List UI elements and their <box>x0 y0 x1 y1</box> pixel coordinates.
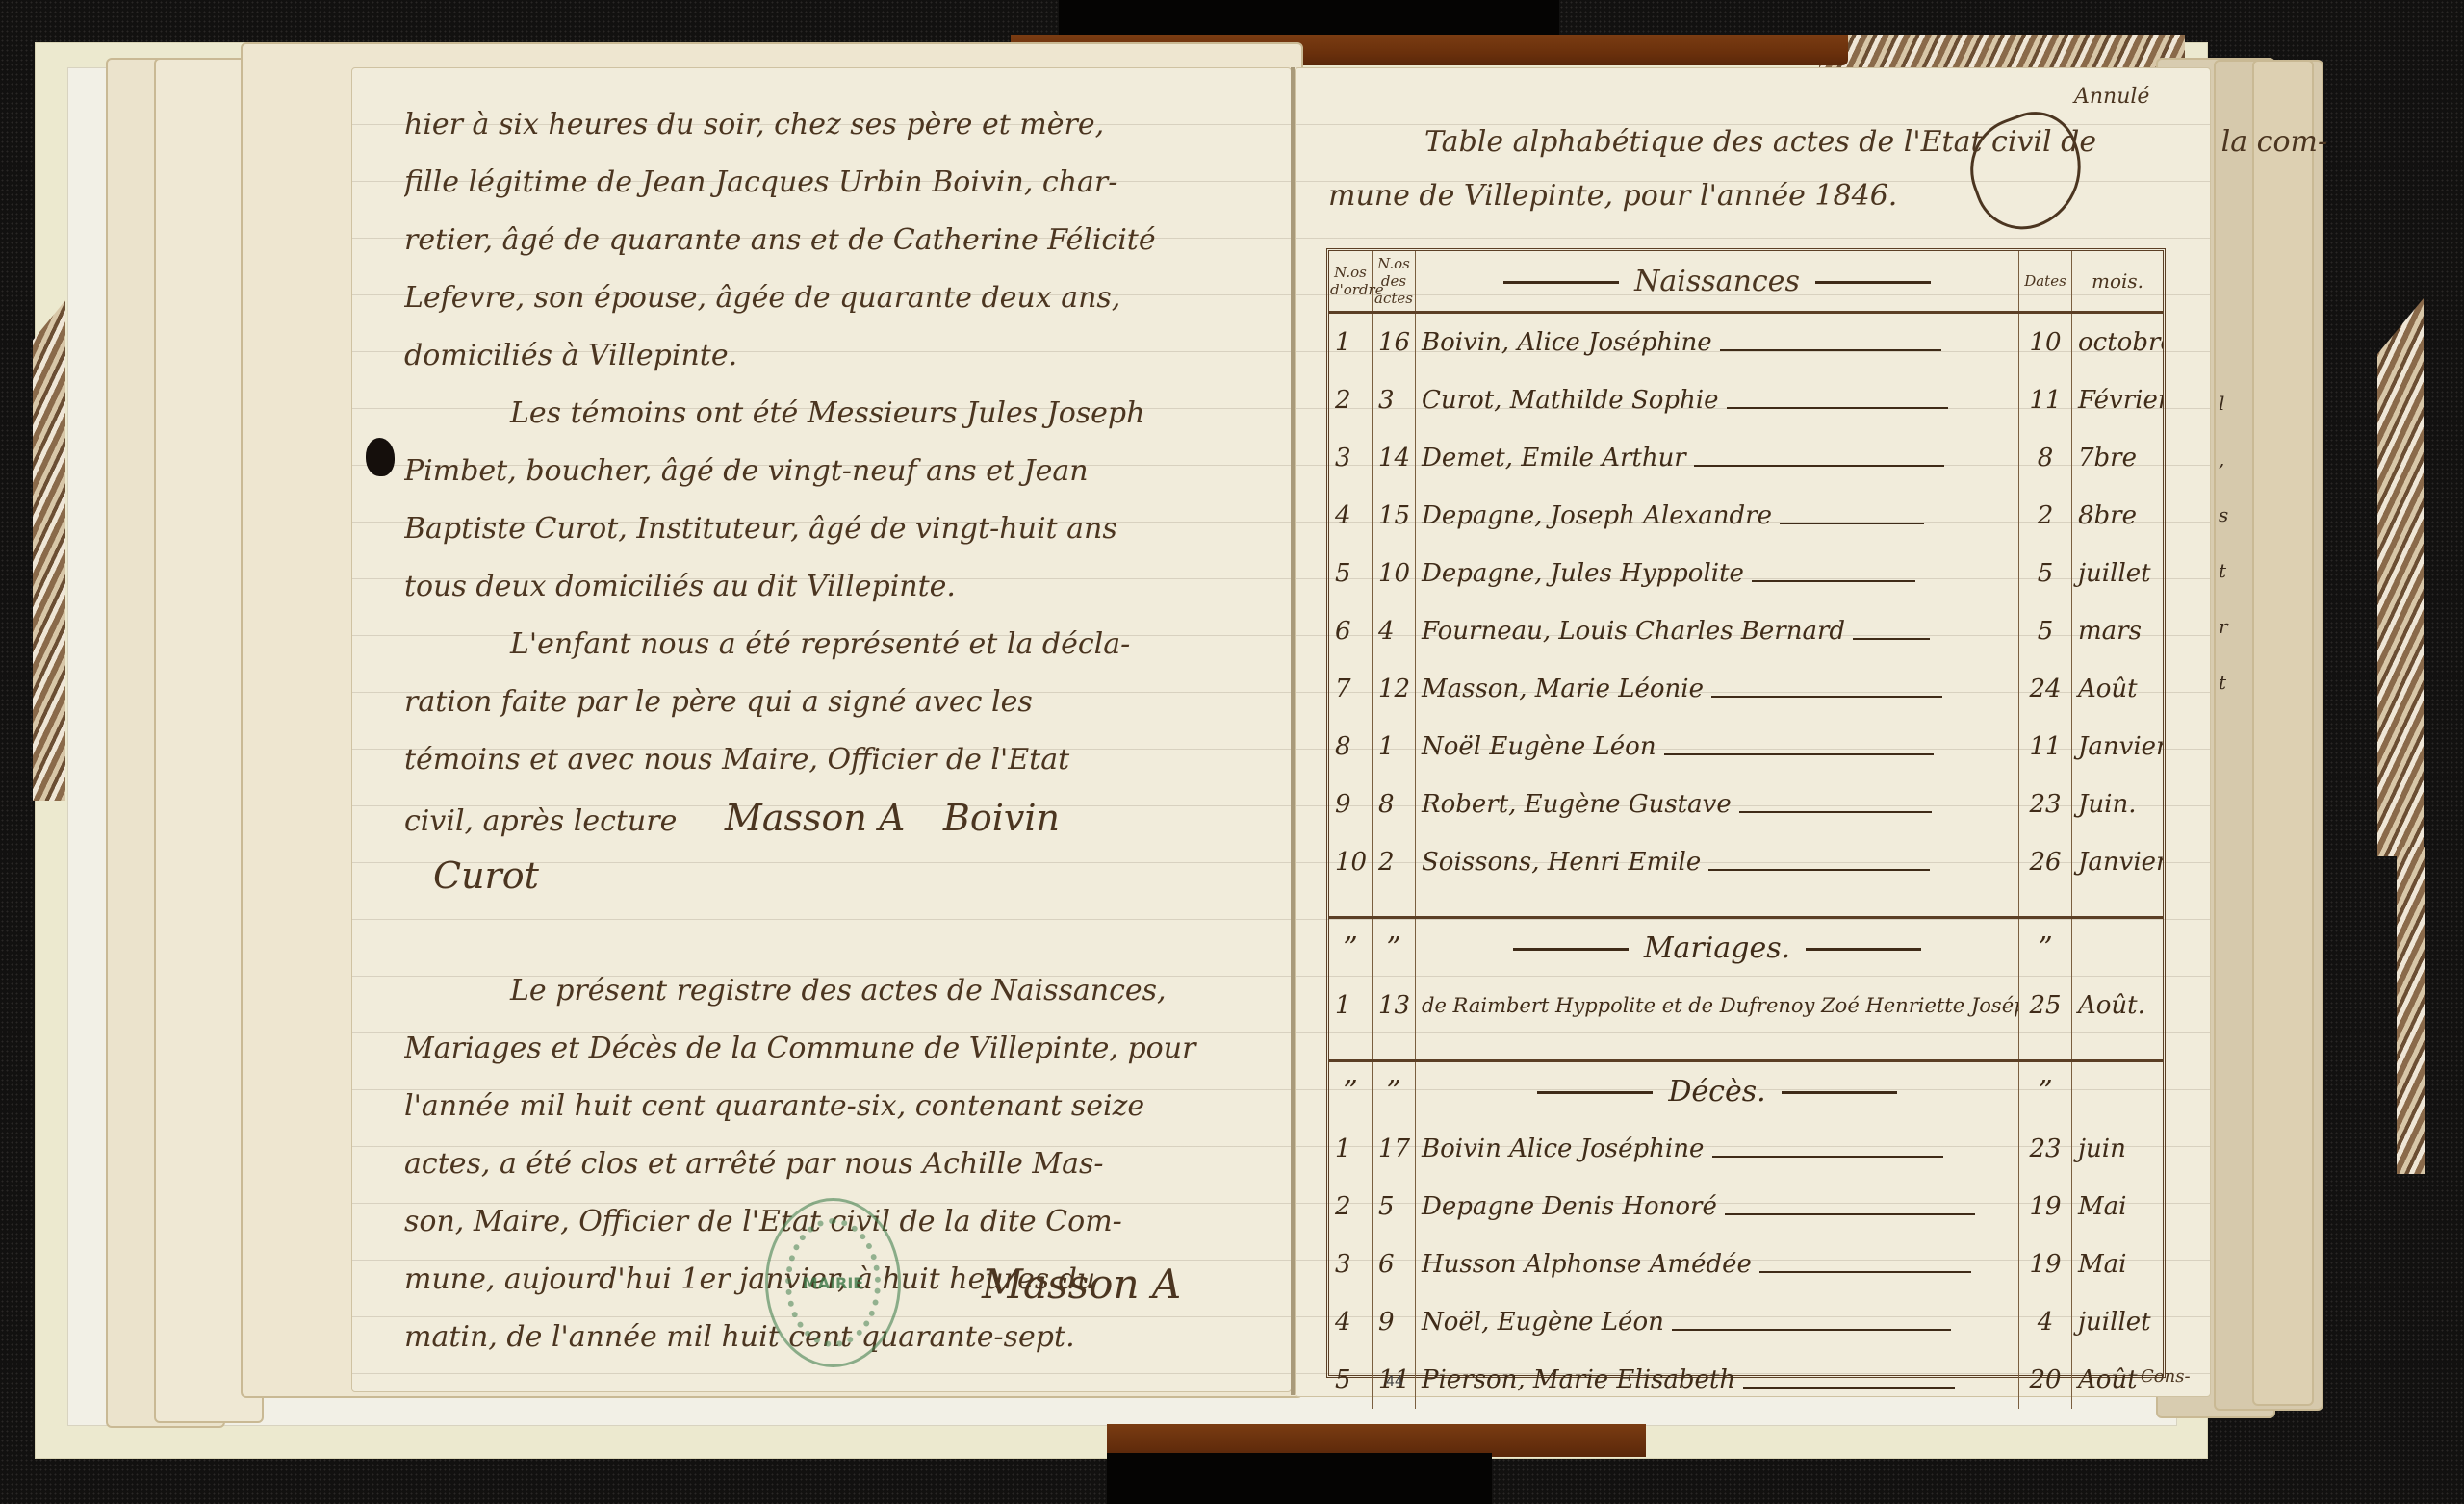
fill-rule <box>1853 625 1930 640</box>
cell-acte: 5 <box>1373 1178 1416 1236</box>
cell-acte: 4 <box>1373 602 1416 660</box>
fill-rule <box>1743 1373 1955 1389</box>
table-row: 36Husson Alphonse Amédée 19Mai <box>1329 1236 2163 1293</box>
cell-name: Boivin Alice Joséphine <box>1416 1120 2019 1178</box>
marbled-cover-right-lower <box>2397 847 2425 1174</box>
name-text: Noël, Eugène Léon <box>1422 1308 1664 1337</box>
cell-mois: 7bre <box>2072 429 2164 487</box>
name-text: Pierson, Marie Elisabeth <box>1422 1365 1735 1394</box>
fill-rule <box>1720 336 1941 351</box>
cell-no: 7 <box>1329 660 1373 718</box>
cell-name: Depagne Denis Honoré <box>1416 1178 2019 1236</box>
table-row: 117Boivin Alice Joséphine 23juin <box>1329 1120 2163 1178</box>
cell-date: 23 <box>2019 1120 2072 1178</box>
section-title-cell: Mariages. <box>1416 918 2019 978</box>
cell-no: 10 <box>1329 833 1373 891</box>
cell-mois: Mai <box>2072 1178 2164 1236</box>
cell-date: 19 <box>2019 1178 2072 1236</box>
cell-mois: Janvier <box>2072 833 2164 891</box>
ditto-mark: ” <box>1373 918 1416 978</box>
signature-boivin: Boivin <box>943 797 1060 839</box>
cell-no: 5 <box>1329 1351 1373 1409</box>
cell-mois: 8bre <box>2072 487 2164 545</box>
fill-rule <box>1780 509 1924 524</box>
section-title-naissances: Naissances <box>1634 265 1800 298</box>
cell-name: Depagne, Jules Hyppolite <box>1416 545 2019 602</box>
table-row: 712Masson, Marie Léonie 24Août <box>1329 660 2163 718</box>
cell-no: 3 <box>1329 1236 1373 1293</box>
cell-name: Fourneau, Louis Charles Bernard <box>1416 602 2019 660</box>
marbled-cover-right <box>2377 298 2424 856</box>
name-text: Boivin Alice Joséphine <box>1422 1134 1704 1163</box>
dash-rule <box>1503 281 1619 284</box>
table-row: 25Depagne Denis Honoré 19Mai <box>1329 1178 2163 1236</box>
cell-acte: 10 <box>1373 545 1416 602</box>
column-header-dates: Dates <box>2019 251 2072 313</box>
cell-acte: 14 <box>1373 429 1416 487</box>
signature-line: Curot <box>404 847 1270 905</box>
title-text-end: la com- <box>2221 125 2327 159</box>
cell-date: 19 <box>2019 1236 2072 1293</box>
cell-name: Pierson, Marie Elisabeth <box>1416 1351 2019 1409</box>
cell-date: 26 <box>2019 833 2072 891</box>
table-title: Table alphabétique des actes de l'Etat c… <box>1424 115 2327 223</box>
cell-date: 24 <box>2019 660 2072 718</box>
cell-no: 1 <box>1329 977 1373 1034</box>
name-text: Masson, Marie Léonie <box>1422 675 1704 703</box>
name-text: Demet, Emile Arthur <box>1422 444 1686 472</box>
table-row: 102Soissons, Henri Emile 26Janvier <box>1329 833 2163 891</box>
cell-acte: 9 <box>1373 1293 1416 1351</box>
text-fragment: civil, après lecture <box>404 804 677 838</box>
section-title-mariages: Mariages. <box>1644 931 1790 965</box>
cell-mois: Janvier <box>2072 718 2164 776</box>
cell-no: 4 <box>1329 487 1373 545</box>
ditto-mark: ” <box>1373 1061 1416 1121</box>
cell-name: de Raimbert Hyppolite et de Dufrenoy Zoé… <box>1416 977 2019 1034</box>
table-row: 314Demet, Emile Arthur 87bre <box>1329 429 2163 487</box>
text-line: témoins et avec nous Maire, Officier de … <box>404 731 1270 789</box>
cell-acte: 16 <box>1373 313 1416 372</box>
dash-rule <box>1815 281 1931 284</box>
cell-acte: 8 <box>1373 776 1416 833</box>
dash-rule <box>1782 1091 1897 1094</box>
text-line: l'année mil huit cent quarante-six, cont… <box>404 1078 1270 1135</box>
name-text: Curot, Mathilde Sophie <box>1422 386 1719 415</box>
name-text: Fourneau, Louis Charles Bernard <box>1422 617 1845 646</box>
cell-name: Robert, Eugène Gustave <box>1416 776 2019 833</box>
cell-acte: 15 <box>1373 487 1416 545</box>
stamp-ring <box>785 1218 881 1347</box>
column-header-no-ordre: N.os d'ordre <box>1329 251 1373 313</box>
name-text: Depagne, Jules Hyppolite <box>1422 559 1744 588</box>
table-row: 98Robert, Eugène Gustave 23Juin. <box>1329 776 2163 833</box>
text-line: tous deux domiciliés au dit Villepinte. <box>404 558 1270 616</box>
cell-no: 2 <box>1329 1178 1373 1236</box>
text-line: Le présent registre des actes de Naissan… <box>404 962 1270 1020</box>
cell-date: 5 <box>2019 545 2072 602</box>
cell-mois: Mai <box>2072 1236 2164 1293</box>
section-title-deces: Décès. <box>1668 1075 1765 1109</box>
cell-no: 4 <box>1329 1293 1373 1351</box>
fill-rule <box>1712 1142 1943 1158</box>
cell-acte: 3 <box>1373 371 1416 429</box>
cell-date: 10 <box>2019 313 2072 372</box>
paragraph-witnesses: Les témoins ont été Messieurs Jules Jose… <box>404 385 1270 616</box>
mairie-stamp: MAIRIE <box>765 1198 901 1367</box>
bleed-through-letters: l,strt <box>2219 375 2238 710</box>
fill-rule <box>1739 798 1932 813</box>
cell-mois: juillet <box>2072 545 2164 602</box>
spacer <box>404 905 1270 962</box>
dash-rule <box>1806 948 1921 951</box>
cell-mois: mars <box>2072 602 2164 660</box>
fill-rule <box>1752 567 1915 582</box>
name-text: Boivin, Alice Joséphine <box>1422 328 1712 357</box>
name-text: Noël Eugène Léon <box>1422 732 1656 761</box>
cell-date: 23 <box>2019 776 2072 833</box>
cell-acte: 2 <box>1373 833 1416 891</box>
cell-acte: 6 <box>1373 1236 1416 1293</box>
cell-name: Demet, Emile Arthur <box>1416 429 2019 487</box>
cell-name: Husson Alphonse Amédée <box>1416 1236 2019 1293</box>
cell-date: 25 <box>2019 977 2072 1034</box>
paragraph-parents: hier à six heures du soir, chez ses père… <box>404 96 1270 385</box>
cell-date: 8 <box>2019 429 2072 487</box>
ditto-mark: ” <box>2019 1061 2072 1121</box>
text-line: Les témoins ont été Messieurs Jules Jose… <box>404 385 1270 443</box>
table-row: 510Depagne, Jules Hyppolite 5juillet <box>1329 545 2163 602</box>
cell-name: Noël Eugène Léon <box>1416 718 2019 776</box>
cell-no: 5 <box>1329 545 1373 602</box>
text-line: domiciliés à Villepinte. <box>404 327 1270 385</box>
text-line: fille légitime de Jean Jacques Urbin Boi… <box>404 154 1270 212</box>
cell-no: 3 <box>1329 429 1373 487</box>
signature-masson-final: Masson A <box>982 1261 1181 1308</box>
section-title-cell: Décès. <box>1416 1061 2019 1121</box>
table-row: 113de Raimbert Hyppolite et de Dufrenoy … <box>1329 977 2163 1034</box>
name-text: Depagne Denis Honoré <box>1422 1192 1717 1221</box>
fill-rule <box>1694 451 1944 467</box>
dash-rule <box>1513 948 1629 951</box>
page-stack-right-inner <box>2252 60 2314 1406</box>
fill-rule <box>1725 1200 1975 1215</box>
name-text: Soissons, Henri Emile <box>1422 848 1701 877</box>
fill-rule <box>1708 855 1930 871</box>
cell-mois: octobre <box>2072 313 2164 372</box>
cell-no: 6 <box>1329 602 1373 660</box>
register-table: N.os d'ordre N.os des actes Naissances D… <box>1329 251 2163 1409</box>
cell-mois: juin <box>2072 1120 2164 1178</box>
table-row: 49Noël, Eugène Léon 4juillet <box>1329 1293 2163 1351</box>
text-line: Pimbet, boucher, âgé de vingt-neuf ans e… <box>404 443 1270 500</box>
table-row: 116Boivin, Alice Joséphine 10octobre <box>1329 313 2163 372</box>
cell-no: 2 <box>1329 371 1373 429</box>
cell-mois: Juin. <box>2072 776 2164 833</box>
title-line-1: Table alphabétique des actes de l'Etat c… <box>1424 115 2327 169</box>
text-line: ration faite par le père qui a signé ave… <box>404 674 1270 731</box>
cell-no: 8 <box>1329 718 1373 776</box>
cell-date: 2 <box>2019 487 2072 545</box>
left-page-text: hier à six heures du soir, chez ses père… <box>404 96 1270 1366</box>
cell-no: 1 <box>1329 1120 1373 1178</box>
cell-acte: 1 <box>1373 718 1416 776</box>
cell-name: Noël, Eugène Léon <box>1416 1293 2019 1351</box>
table-row: 64Fourneau, Louis Charles Bernard 5mars <box>1329 602 2163 660</box>
register-table-frame: N.os d'ordre N.os des actes Naissances D… <box>1326 248 2166 1378</box>
cell-name: Boivin, Alice Joséphine <box>1416 313 2019 372</box>
name-text: Husson Alphonse Amédée <box>1422 1250 1752 1279</box>
text-line: retier, âgé de quarante ans et de Cather… <box>404 212 1270 269</box>
name-text: Depagne, Joseph Alexandre <box>1422 501 1772 530</box>
text-line: L'enfant nous a été représenté et la déc… <box>404 616 1270 674</box>
signature-masson: Masson A <box>725 797 905 839</box>
column-header-mois: mois. <box>2072 251 2164 313</box>
annotation-annule: Annulé <box>2074 85 2149 109</box>
text-line: Mariages et Décès de la Commune de Ville… <box>404 1020 1270 1078</box>
cell-name: Curot, Mathilde Sophie <box>1416 371 2019 429</box>
cell-acte: 17 <box>1373 1120 1416 1178</box>
table-row: 81Noël Eugène Léon 11Janvier <box>1329 718 2163 776</box>
section-header-mariages: ” ” Mariages. ” <box>1329 918 2163 978</box>
cell-name: Soissons, Henri Emile <box>1416 833 2019 891</box>
cell-date: 11 <box>2019 371 2072 429</box>
catchword: Cons- <box>2141 1366 2191 1387</box>
text-line: actes, a été clos et arrêté par nous Ach… <box>404 1135 1270 1193</box>
cell-mois: Août <box>2072 660 2164 718</box>
leather-spine-bottom <box>1107 1424 1646 1457</box>
cell-no: 9 <box>1329 776 1373 833</box>
ditto-mark: ” <box>1329 918 1373 978</box>
fill-rule <box>1759 1258 1971 1273</box>
text-line: hier à six heures du soir, chez ses père… <box>404 96 1270 154</box>
text-line-with-signatures: civil, après lecture Masson A Boivin <box>404 789 1270 847</box>
cell-date: 4 <box>2019 1293 2072 1351</box>
spine-shadow-bottom <box>1107 1453 1492 1504</box>
cell-date: 20 <box>2019 1351 2072 1409</box>
cell-mois: juillet <box>2072 1293 2164 1351</box>
table-row: 23Curot, Mathilde Sophie 11Février. <box>1329 371 2163 429</box>
column-header-section: Naissances <box>1416 251 2019 313</box>
cell-no: 1 <box>1329 313 1373 372</box>
cell-mois: Février. <box>2072 371 2164 429</box>
table-header: N.os d'ordre N.os des actes Naissances D… <box>1329 251 2163 313</box>
cell-acte: 12 <box>1373 660 1416 718</box>
table-row: 511Pierson, Marie Elisabeth 20Août <box>1329 1351 2163 1409</box>
cell-acte: 13 <box>1373 977 1416 1034</box>
signature-curot: Curot <box>433 854 539 897</box>
marbled-cover-top <box>1819 35 2185 71</box>
cell-date: 5 <box>2019 602 2072 660</box>
cell-name: Depagne, Joseph Alexandre <box>1416 487 2019 545</box>
paragraph-declaration: L'enfant nous a été représenté et la déc… <box>404 616 1270 905</box>
fill-rule <box>1672 1315 1951 1331</box>
text-line: Lefevre, son épouse, âgée de quarante de… <box>404 269 1270 327</box>
section-header-deces: ” ” Décès. ” <box>1329 1061 2163 1121</box>
fill-rule <box>1711 682 1942 698</box>
cell-date: 11 <box>2019 718 2072 776</box>
section-separator <box>1329 1034 2163 1061</box>
cell-name: Masson, Marie Léonie <box>1416 660 2019 718</box>
table-row: 415Depagne, Joseph Alexandre 28bre <box>1329 487 2163 545</box>
page-number: 44 <box>1386 1374 1403 1389</box>
text-line: Baptiste Curot, Instituteur, âgé de ving… <box>404 500 1270 558</box>
section-separator <box>1329 891 2163 918</box>
marbled-cover-left <box>33 300 65 801</box>
fill-rule <box>1727 394 1948 409</box>
ditto-mark: ” <box>1329 1061 1373 1121</box>
cell-mois: Août. <box>2072 977 2164 1034</box>
title-line-2: mune de Villepinte, pour l'année 1846. <box>1328 169 2327 223</box>
ditto-mark: ” <box>2019 918 2072 978</box>
ink-blot <box>366 438 395 476</box>
dash-rule <box>1537 1091 1653 1094</box>
name-text: Robert, Eugène Gustave <box>1422 790 1732 819</box>
fill-rule <box>1664 740 1934 755</box>
